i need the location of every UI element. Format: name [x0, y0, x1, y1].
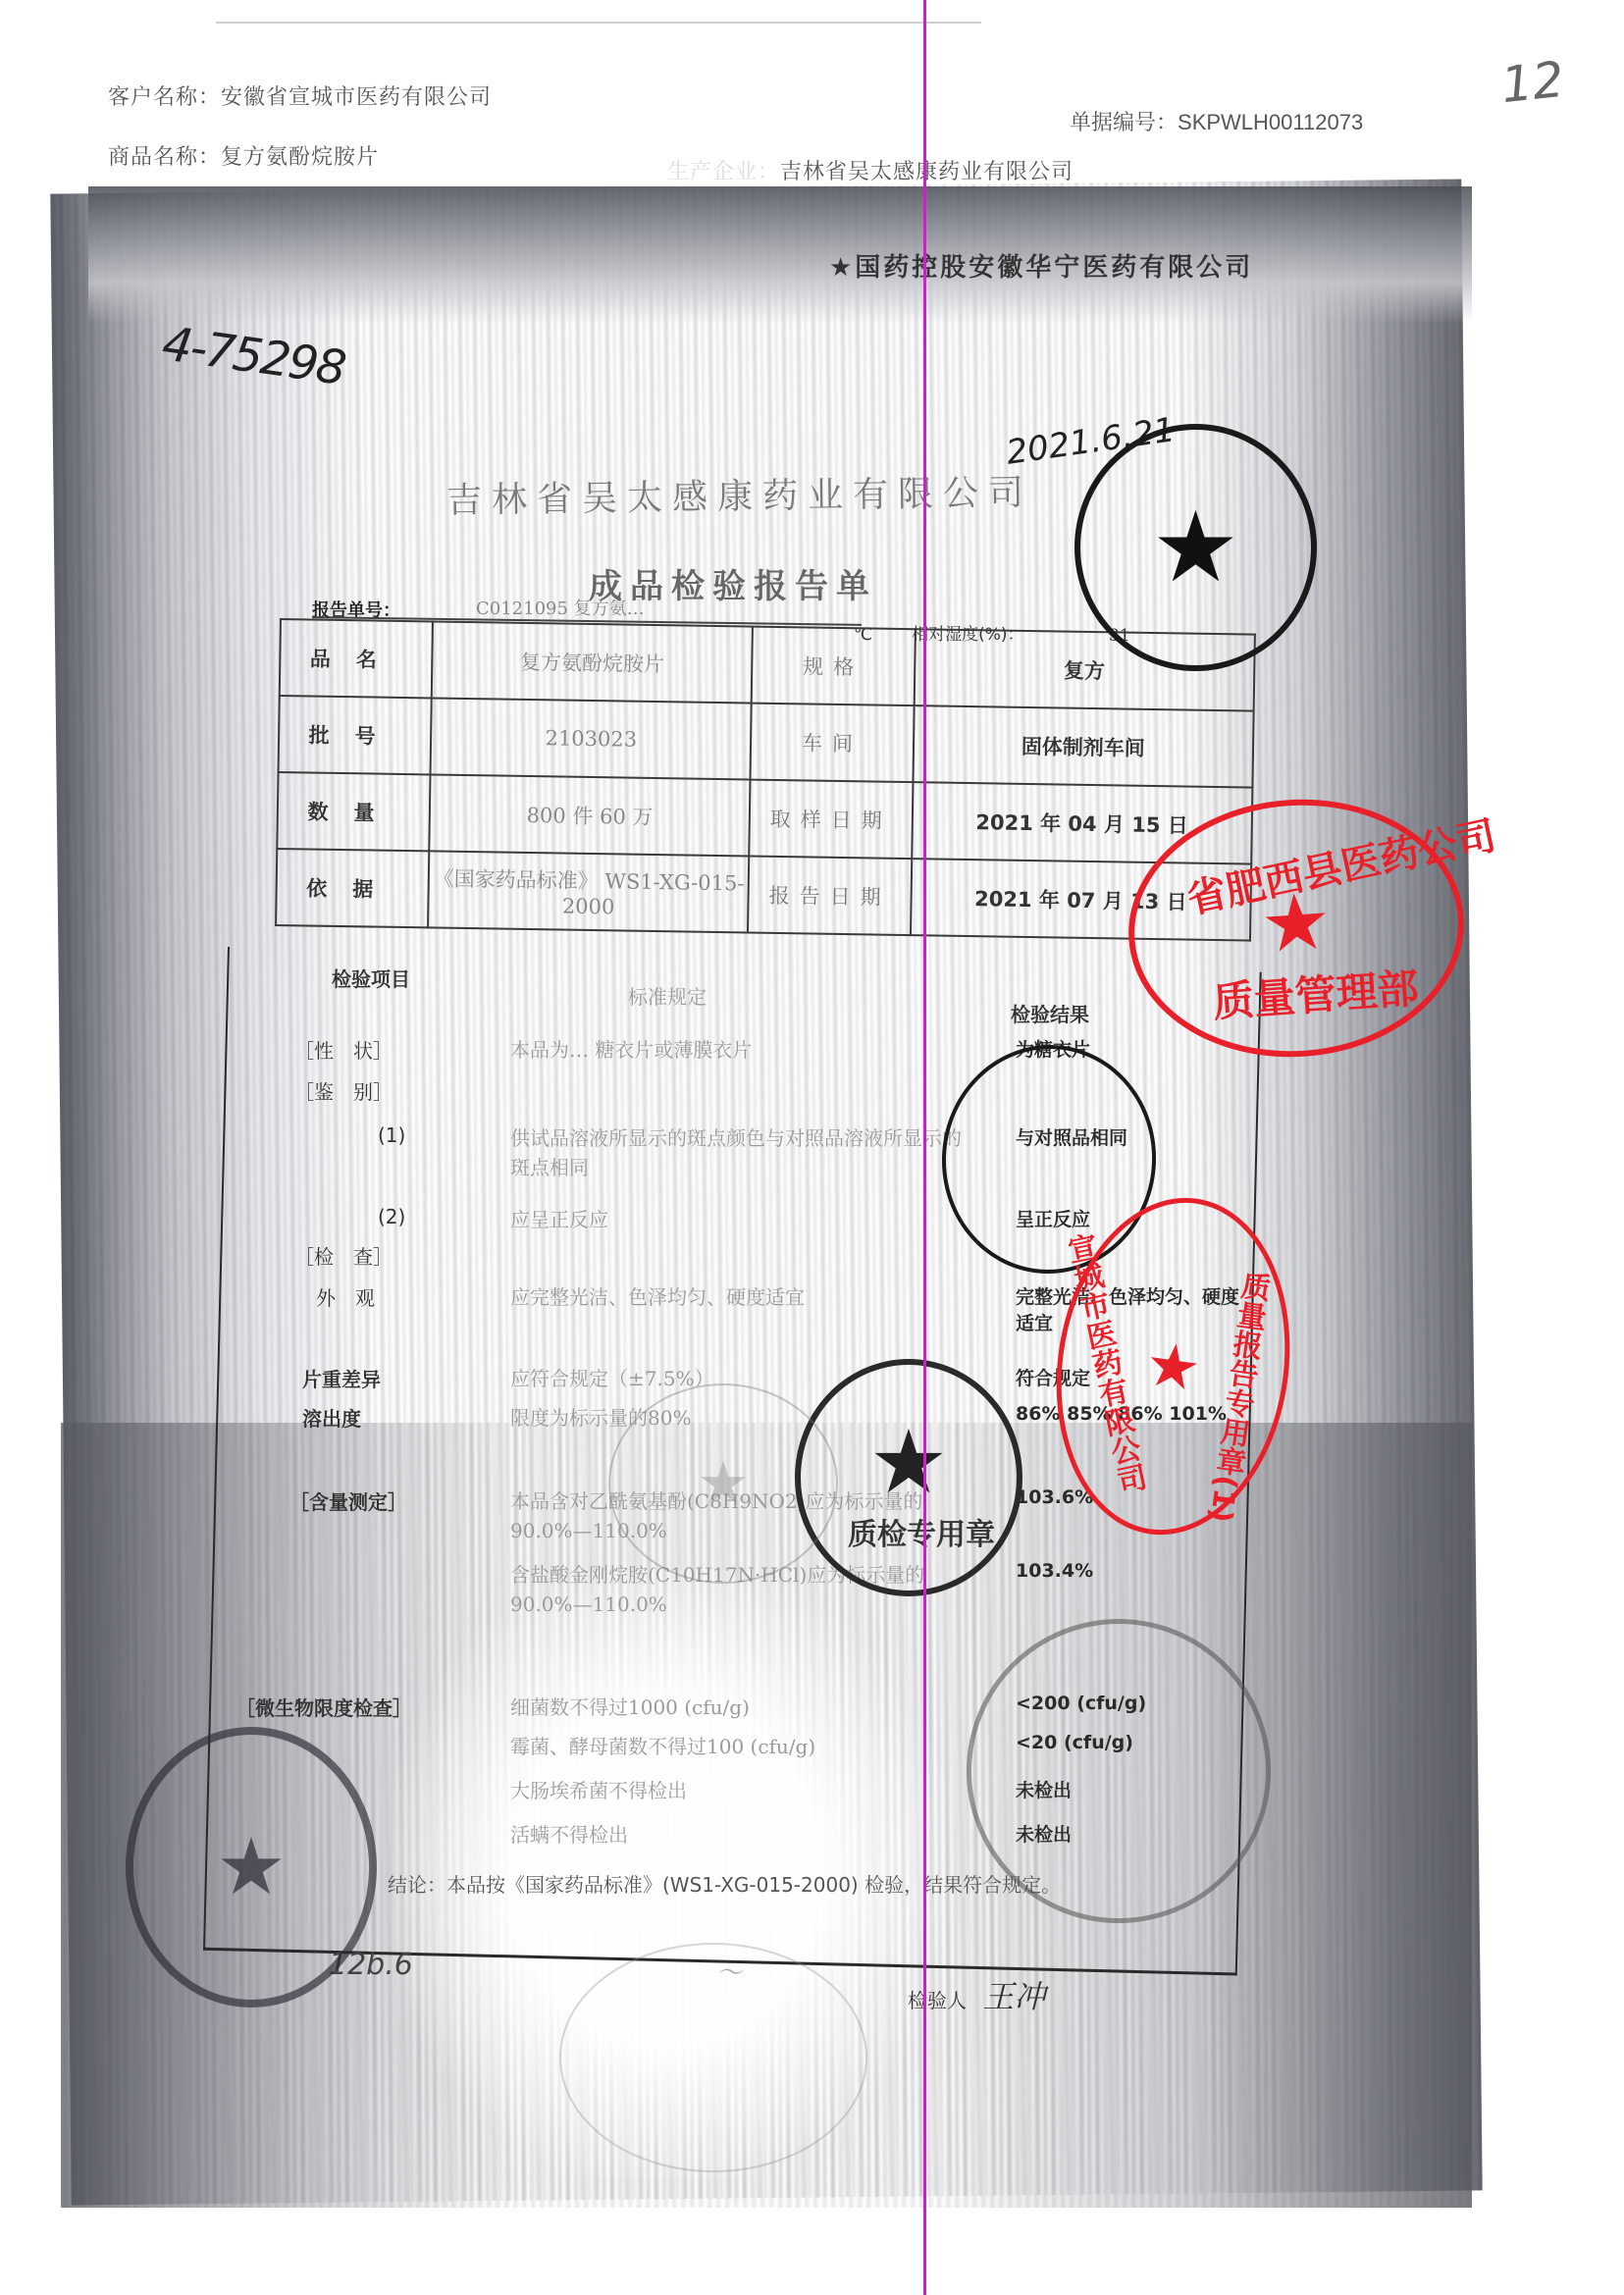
test-standard: 供试品溶液所显示的斑点颜色与对照品溶液所显示的斑点相同	[510, 1123, 971, 1182]
xuancheng-seal-arc-text: 宣城市医药有限公司	[1055, 1229, 1152, 1497]
test-result: 103.4%	[1016, 1560, 1093, 1582]
test-item: 外 观	[316, 1282, 375, 1311]
info-value: 复方氨酚烷胺片	[432, 621, 753, 703]
conclusion-text: 结论：本品按《国家药品标准》(WS1-XG-015-2000) 检验，结果符合规…	[388, 1869, 1061, 1898]
test-standard: 本品为… 糖衣片或薄膜衣片	[510, 1035, 752, 1065]
info-label: 数量	[277, 772, 430, 851]
test-item: ［微生物限度检查］	[236, 1693, 412, 1721]
customer-field: 客户名称：安徽省宣城市医药有限公司	[108, 80, 492, 111]
column-header-standard: 标准规定	[628, 981, 707, 1010]
star-icon: ★	[1152, 498, 1240, 597]
feixi-seal-dept-text: 质量管理部	[1211, 957, 1421, 1030]
scanner-artifact-line	[923, 0, 926, 2295]
test-standard: 霉菌、酵母菌数不得过100 (cfu/g)	[510, 1732, 815, 1761]
test-item: ［鉴 别］	[294, 1076, 393, 1105]
feixi-seal-arc-text: 省肥西县医药公司	[1181, 805, 1500, 924]
test-item: ［检 查］	[294, 1241, 393, 1270]
inspector-signature: 王冲	[982, 1978, 1045, 2015]
test-standard: 应呈正反应	[510, 1205, 608, 1234]
wholesaler-seal-text: 质检专用章	[848, 1510, 995, 1553]
test-standard: 活螨不得检出	[510, 1820, 628, 1850]
info-label-2: 规格	[752, 627, 915, 706]
scanned-seal-stamp: ★	[126, 1727, 377, 2008]
info-label-2: 取样日期	[750, 780, 913, 860]
column-header-result: 检验结果	[1011, 999, 1089, 1027]
doc-number-value: SKPWLH00112073	[1178, 110, 1363, 134]
inspector-field: 检验人 王冲	[908, 1972, 1045, 2017]
star-icon: ★	[1142, 1332, 1205, 1400]
test-standard: 细菌数不得过1000 (cfu/g)	[510, 1693, 750, 1722]
page-number-handwritten: 12	[1498, 51, 1566, 114]
customer-value: 安徽省宣城市医药有限公司	[221, 85, 492, 110]
ghost-seal-stamp: ★	[608, 1383, 838, 1584]
test-item: ［性 状］	[294, 1035, 393, 1064]
column-header-item: 检验项目	[332, 964, 410, 992]
test-result: 103.6%	[1016, 1487, 1093, 1508]
ghost-seal-stamp-bottom	[559, 1943, 867, 2172]
test-item: ［含量测定］	[289, 1487, 407, 1515]
star-icon: ★	[216, 1828, 287, 1906]
product-info-table: 品名复方氨酚烷胺片规格复方批号2103023车间固体制剂车间数量800 件 60…	[275, 618, 1256, 942]
star-icon: ★	[869, 1419, 949, 1507]
customer-label: 客户名称：	[108, 85, 221, 110]
scan-shadow-top	[88, 186, 1472, 324]
manufacturer-seal-stamp: ★	[1074, 424, 1317, 671]
product-field: 商品名称：复方氨酚烷胺片	[108, 140, 379, 171]
product-label: 商品名称：	[108, 145, 221, 170]
test-standard: 大肠埃希菌不得检出	[510, 1776, 687, 1805]
info-label: 依据	[276, 849, 429, 927]
product-value: 复方氨酚烷胺片	[221, 145, 379, 170]
star-icon: ★	[697, 1454, 750, 1513]
doc-number-field: 单据编号：SKPWLH00112073	[1070, 106, 1363, 136]
info-value-2: 固体制剂车间	[913, 705, 1254, 787]
test-item: 片重差异	[302, 1364, 381, 1392]
info-value: 800 件 60 万	[429, 774, 750, 856]
info-label: 品名	[280, 619, 433, 698]
test-item: (1)	[378, 1123, 405, 1147]
manufacturer-field: 生产企业：吉林省吴太感康药业有限公司	[667, 155, 1074, 185]
info-row: 依据《国家药品标准》 WS1-XG-015-2000报告日期2021 年 07 …	[276, 849, 1251, 941]
info-label-2: 报告日期	[748, 857, 911, 936]
wholesaler-line: ★国药控股安徽华宁医药有限公司	[829, 247, 1253, 284]
info-label-2: 车间	[751, 704, 914, 783]
faint-seal-stamp	[967, 1619, 1271, 1923]
inspector-label: 检验人	[908, 1989, 967, 2012]
top-rule	[216, 22, 981, 24]
test-item: (2)	[378, 1205, 405, 1228]
report-number-value: C0121095 复方氨…	[476, 595, 645, 620]
info-value: 《国家药品标准》 WS1-XG-015-2000	[428, 851, 749, 932]
doc-number-label: 单据编号：	[1070, 110, 1178, 134]
test-standard: 应完整光洁、色泽均匀、硬度适宜	[510, 1282, 805, 1312]
info-value: 2103023	[431, 698, 752, 779]
manufacturer-value: 吉林省吴太感康药业有限公司	[780, 160, 1074, 184]
test-item: 溶出度	[302, 1403, 361, 1432]
manufacturer-label: 生产企业：	[667, 160, 780, 184]
company-title: 吉林省吴太感康药业有限公司	[446, 465, 1034, 523]
info-label: 批号	[279, 696, 432, 774]
